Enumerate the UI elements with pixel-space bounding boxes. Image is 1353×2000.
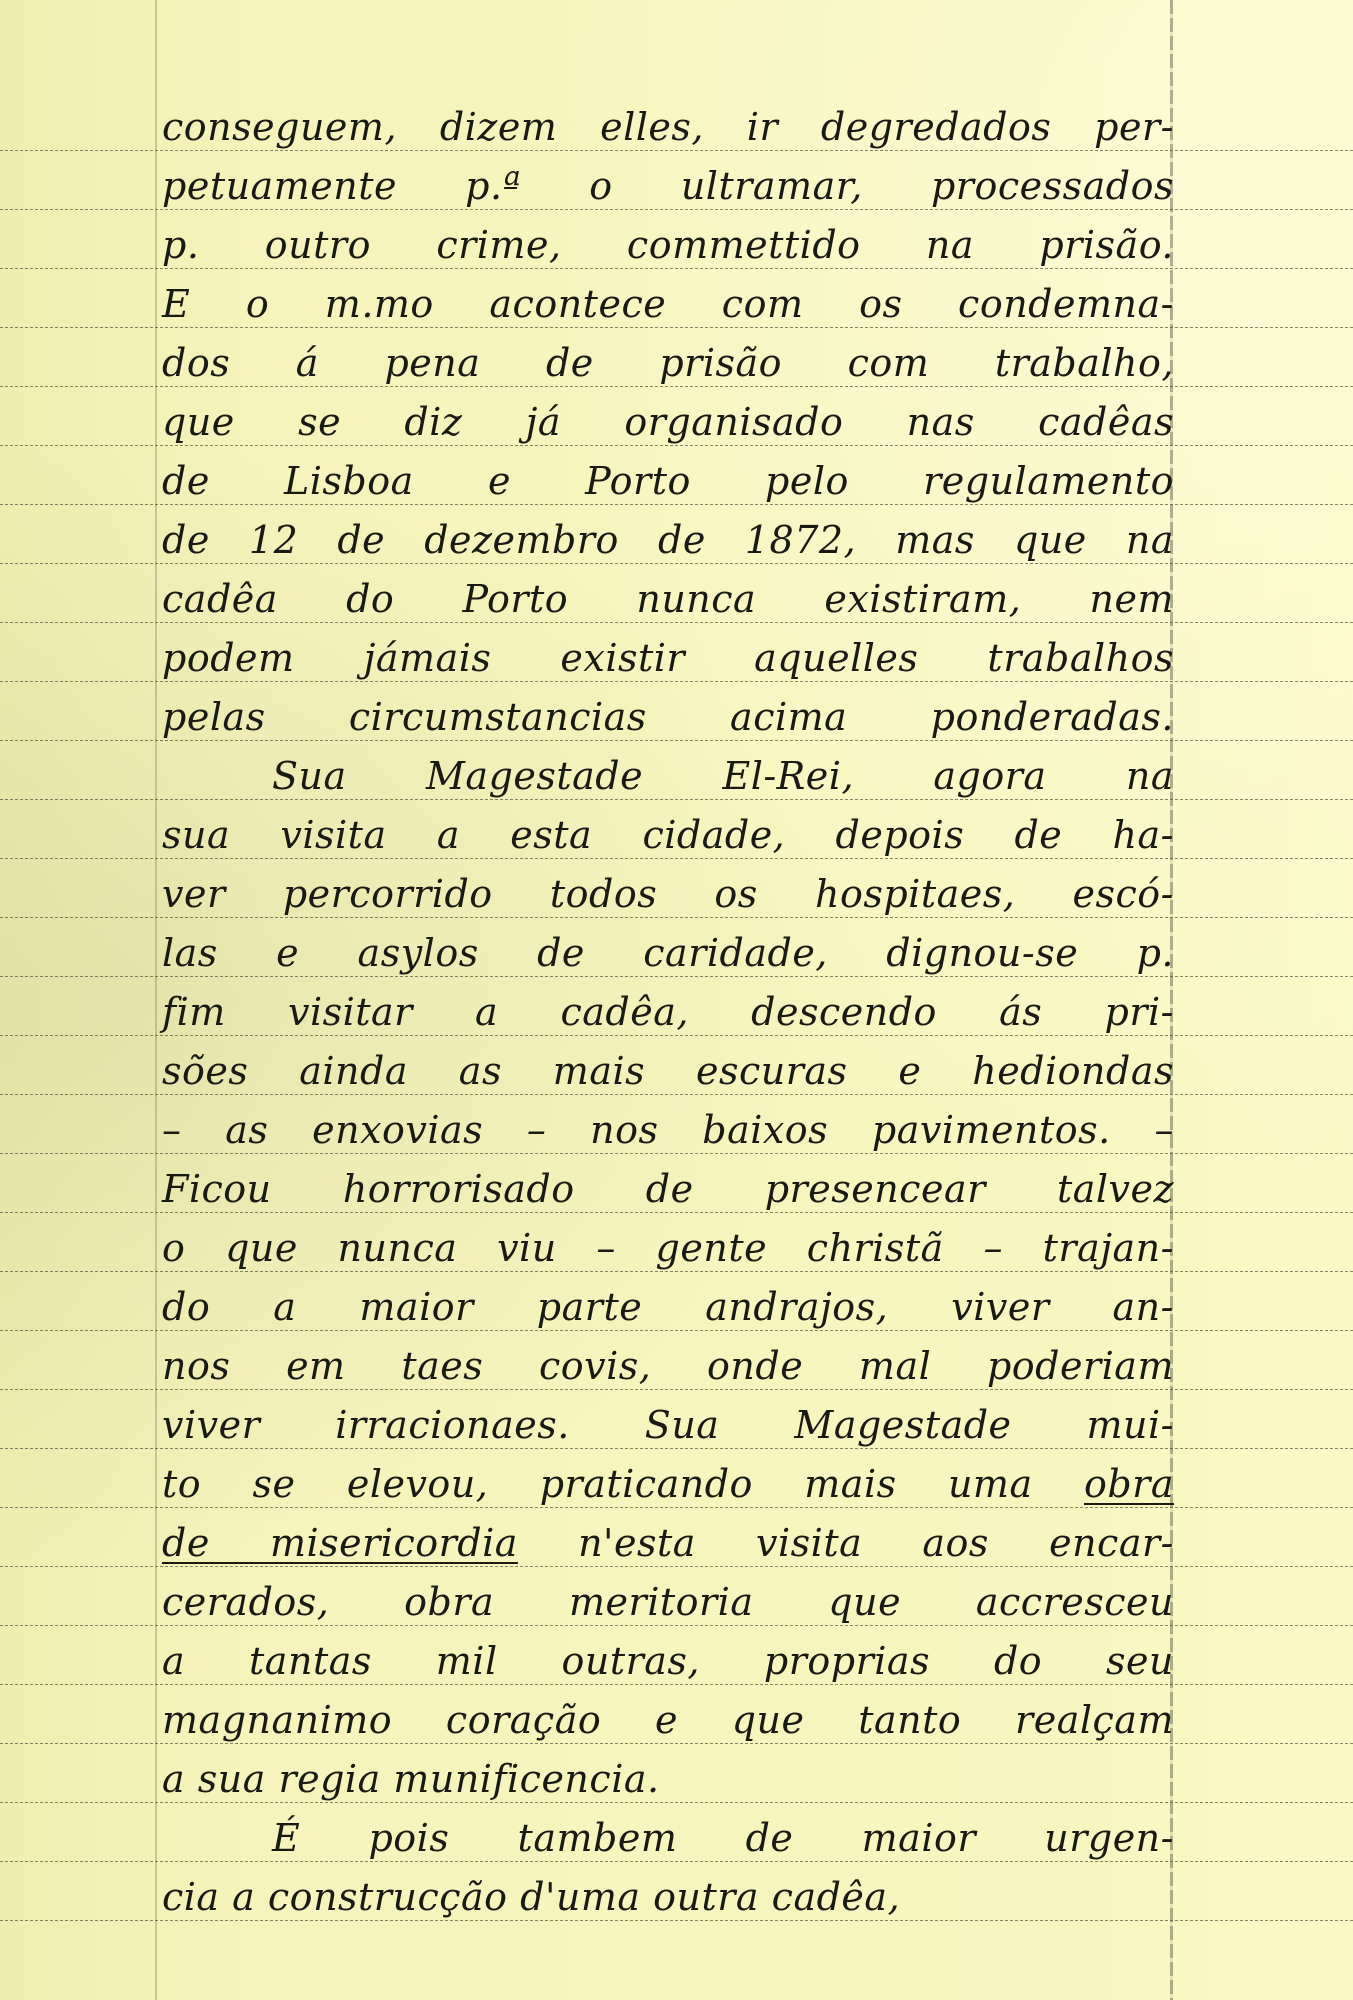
underlined-phrase: obra (1084, 1462, 1174, 1506)
text-line: Sua Magestade El-Rei, agora na (162, 751, 1174, 801)
text-line: conseguem, dizem elles, ir degredados pe… (162, 102, 1174, 152)
text-line: a tantas mil outras, proprias do seu (162, 1636, 1174, 1686)
text-line: o que nunca viu – gente christã – trajan… (162, 1223, 1174, 1273)
text-line: de Lisboa e Porto pelo regulamento (162, 456, 1174, 506)
text-line: podem jámais existir aquelles trabalhos (162, 633, 1174, 683)
text-line: É pois tambem de maior urgen- (162, 1813, 1174, 1863)
text-line: nos em taes covis, onde mal poderiam (162, 1341, 1174, 1391)
text-line: sua visita a esta cidade, depois de ha- (162, 810, 1174, 860)
text-line: petuamente p.ª o ultramar, processados (162, 161, 1174, 211)
text-line: to se elevou, praticando mais uma obra (162, 1459, 1174, 1509)
text-line: a sua regia munificencia. (162, 1754, 1174, 1804)
text-line: p. outro crime, commettido na prisão. (162, 220, 1174, 270)
text-line: pelas circumstancias acima ponderadas. (162, 692, 1174, 742)
text-line: cerados, obra meritoria que accresceu (162, 1577, 1174, 1627)
text-line: de 12 de dezembro de 1872, mas que na (162, 515, 1174, 565)
text-line: ver percorrido todos os hospitaes, escó- (162, 869, 1174, 919)
text-line: las e asylos de caridade, dignou-se p. (162, 928, 1174, 978)
text-line: viver irracionaes. Sua Magestade mui- (162, 1400, 1174, 1450)
text-line: cia a construcção d'uma outra cadêa, (162, 1872, 1174, 1922)
text-line: dos á pena de prisão com trabalho, (162, 338, 1174, 388)
underlined-phrase: de misericordia (162, 1521, 518, 1565)
text-line: fim visitar a cadêa, descendo ás pri- (162, 987, 1174, 1037)
text-line: cadêa do Porto nunca existiram, nem (162, 574, 1174, 624)
text-line: sões ainda as mais escuras e hediondas (162, 1046, 1174, 1096)
text-line: de misericordia n'esta visita aos encar- (162, 1518, 1174, 1568)
text-line: E o m.mo acontece com os condemna- (162, 279, 1174, 329)
text-line: Ficou horrorisado de presencear talvez (162, 1164, 1174, 1214)
text-line: magnanimo coração e que tanto realçam (162, 1695, 1174, 1745)
text-line: do a maior parte andrajos, viver an- (162, 1282, 1174, 1332)
text-line: – as enxovias – nos baixos pavimentos. – (162, 1105, 1174, 1155)
left-margin-line (155, 0, 157, 2000)
text-line: que se diz já organisado nas cadêas (162, 397, 1174, 447)
manuscript-page: conseguem, dizem elles, ir degredados pe… (0, 0, 1353, 2000)
